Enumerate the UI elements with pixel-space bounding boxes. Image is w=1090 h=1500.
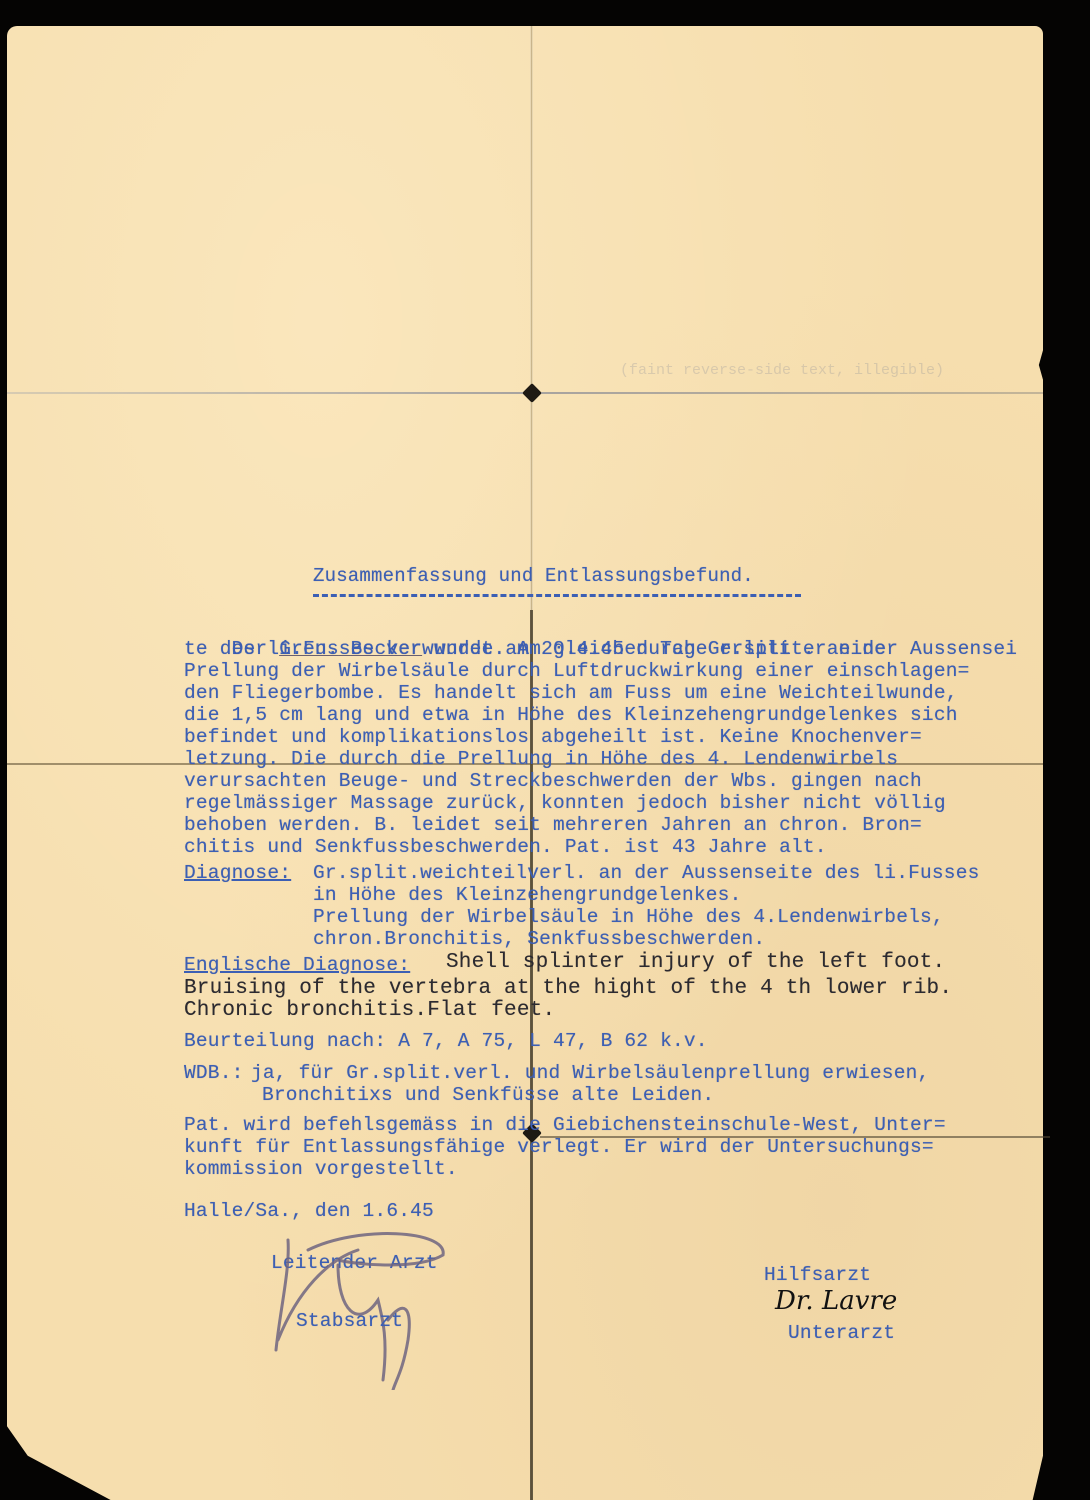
document-title: Zusammenfassung und Entlassungsbefund. [313,565,754,587]
report-line: behoben werden. B. leidet seit mehreren … [184,814,922,836]
ink-signature: Dr. Lavre [775,1286,897,1316]
right-signatory-rank: Unterarzt [788,1322,895,1344]
place-date: Halle/Sa., den 1.6.45 [184,1200,434,1222]
right-signatory-role: Hilfsarzt [764,1264,871,1286]
english-diagnose-line: Shell splinter injury of the left foot. [446,952,945,974]
report-line: die 1,5 cm lang und etwa in Höhe des Kle… [184,704,958,726]
transfer-line: kunft für Entlassungsfähige verlegt. Er … [184,1136,934,1158]
title-dashed-rule [313,594,801,597]
wdb-line: ja, für Gr.split.verl. und Wirbelsäulenp… [251,1062,929,1084]
diagnose-line: chron.Bronchitis, Senkfussbeschwerden. [313,928,765,950]
report-line: chitis und Senkfussbeschwerden. Pat. ist… [184,836,827,858]
diagnose-line: Prellung der Wirbelsäule in Höhe des 4.L… [313,906,944,928]
assessment-line: Beurteilung nach: A 7, A 75, L 47, B 62 … [184,1030,708,1052]
diagnose-line: in Höhe des Kleinzehengrundgelenkes. [313,884,741,906]
wdb-label: WDB.: [184,1062,244,1084]
report-line: den Fliegerbombe. Es handelt sich am Fus… [184,682,958,704]
report-line: te des li.Fusses verwundet. Am gleichen … [184,638,886,660]
report-line: regelmässiger Massage zurück, konnten je… [184,792,946,814]
report-line: letzung. Die durch die Prellung in Höhe … [184,748,898,770]
report-line: Prellung der Wirbelsäule durch Luftdruck… [184,660,970,682]
diagnose-label: Diagnose: [184,862,291,884]
transfer-line: Pat. wird befehlsgemäss in die Giebichen… [184,1114,946,1136]
report-line: verursachten Beuge- und Streckbeschwerde… [184,770,922,792]
document-body: Zusammenfassung und Entlassungsbefund. D… [0,0,1090,1500]
english-diagnose-line: Bruising of the vertebra at the hight of… [184,978,952,1000]
transfer-line: kommission vorgestellt. [184,1158,458,1180]
wdb-line: Bronchitixs und Senkfüsse alte Leiden. [262,1084,714,1106]
left-signatory-rank: Stabsarzt [296,1310,403,1332]
report-line: befindet und komplikationslos abgeheilt … [184,726,922,748]
diagnose-line: Gr.split.weichteilverl. an der Aussensei… [313,862,980,884]
english-diagnose-label: Englische Diagnose: [184,954,410,976]
english-diagnose-line: Chronic bronchitis.Flat feet. [184,1000,555,1022]
